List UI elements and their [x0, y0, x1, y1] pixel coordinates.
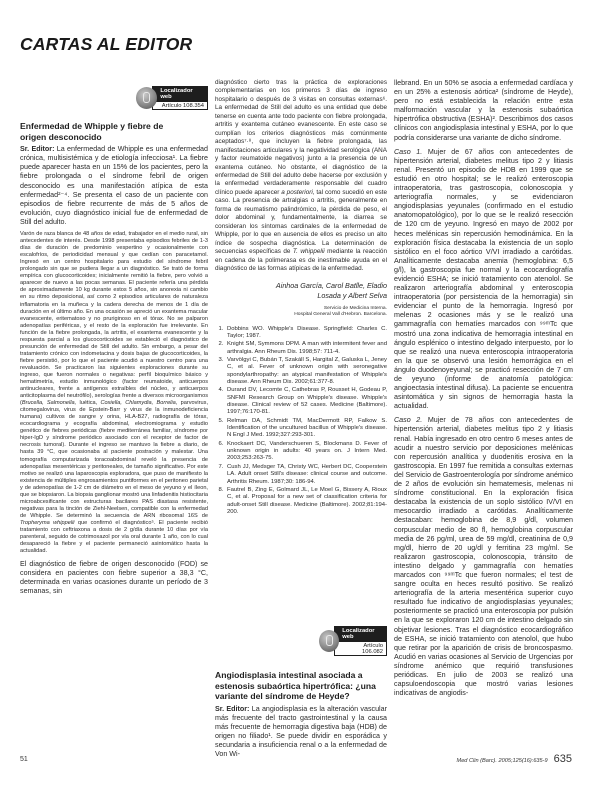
journal-citation: Med Clin (Barc). 2005;125(16):635-9 [457, 758, 548, 764]
badge-article-id: Artículo 108.354 [152, 101, 208, 110]
article-title: Enfermedad de Whipple y fiebre de origen… [20, 121, 170, 142]
authors: Ainhoa García, Carol Batlle, Eladio Losa… [215, 281, 387, 299]
reference-item: Knockaert DC, Vanderschueren S, Blockman… [225, 441, 387, 463]
reference-item: Knight SM, Symmons DPM. A man with inter… [225, 341, 387, 356]
badge-label: Localizador web [334, 626, 387, 641]
reference-item: Durand DV, Lecomte C, Cathebras P, Rouss… [225, 387, 387, 416]
intro-continued: llebrand. En un 50% se asocia a enfermed… [394, 79, 573, 143]
article-intro: Sr. Editor: La angiodisplasia es la alte… [215, 705, 387, 760]
article-title: Angiodisplasia intestinal asociada a est… [215, 670, 387, 702]
badge-label: Localizador web [152, 86, 208, 101]
affiliation: Servicio de Medicina Interna. Hospital G… [215, 306, 387, 319]
web-locator-badge-2[interactable]: Localizador web Artículo 106.082 [319, 626, 387, 656]
badge-article-id: Artículo 106.082 [334, 641, 387, 656]
references-list: Dobbins WO. Whipple's Disease. Springfie… [215, 326, 387, 517]
reference-item: Varvölgyi C, Bubán T, Szakáll S, Hargita… [225, 357, 387, 386]
reference-item: Fautrel B, Zing E, Golmard JL, Le Moel G… [225, 487, 387, 516]
case-1: Caso 1. Mujer de 67 años con antecedente… [394, 148, 573, 412]
case-2: Caso 2. Mujer de 78 años con antecedente… [394, 416, 573, 698]
discussion-paragraph: El diagnóstico de fiebre de origen desco… [20, 560, 208, 596]
page-number-left: 51 [20, 756, 28, 763]
case-description: Varón de raza blanca de 48 años de edad,… [20, 231, 208, 555]
section-title: CARTAS AL EDITOR [20, 34, 192, 55]
reference-item: Cush JJ, Medsger TA, Christy WC, Herbert… [225, 464, 387, 486]
article-intro: Sr. Editor: La enfermedad de Whipple es … [20, 145, 208, 227]
web-locator-badge-1[interactable]: Localizador web Artículo 108.354 [136, 86, 208, 110]
page-footer: Med Clin (Barc). 2005;125(16):635-9 635 [457, 753, 572, 765]
discussion-continued: diagnóstico cierto tras la práctica de e… [215, 79, 387, 273]
reference-item: Dobbins WO. Whipple's Disease. Springfie… [225, 326, 387, 341]
page-number-right: 635 [554, 753, 572, 765]
reference-item: Relman DA, Schmidt TM, MacDermott RP, Fa… [225, 418, 387, 440]
